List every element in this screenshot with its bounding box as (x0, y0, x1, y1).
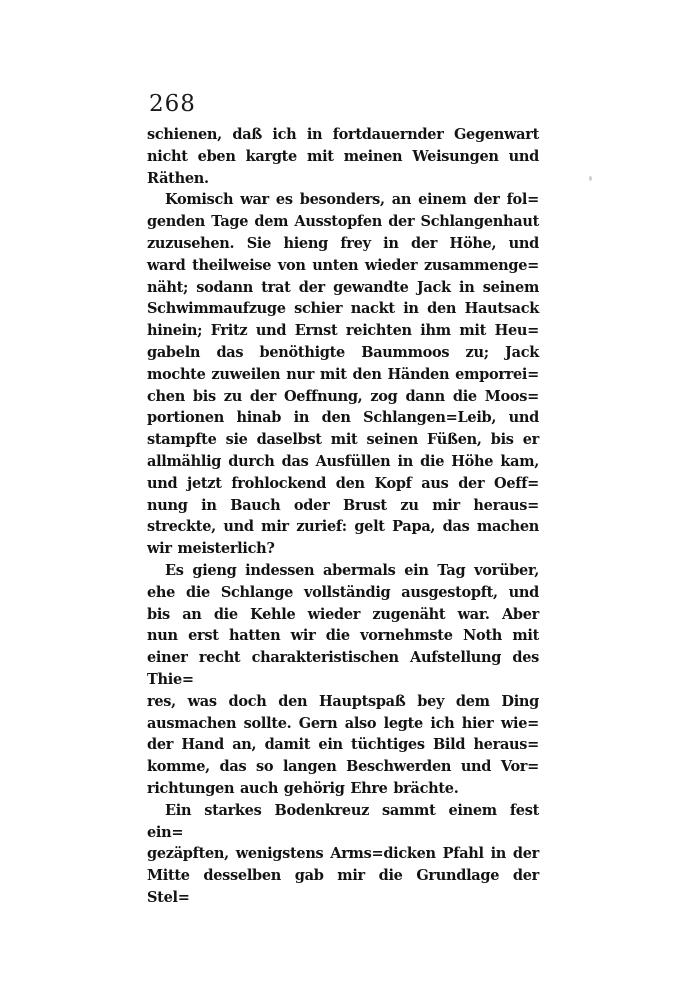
text-line: nicht eben kargte mit meinen Weisungen u… (147, 146, 539, 168)
text-line: näht; sodann trat der gewandte Jack in s… (147, 277, 539, 299)
text-line: bis an die Kehle wieder zugenäht war. Ab… (147, 604, 539, 626)
text-line: der Hand an, damit ein tüchtiges Bild he… (147, 734, 539, 756)
scanned-book-page: 268 schienen, daß ich in fortdauernder G… (0, 0, 681, 1000)
text-line: allmählig durch das Ausfüllen in die Höh… (147, 451, 539, 473)
text-line: Mitte desselben gab mir die Grundlage de… (147, 865, 539, 909)
text-line: ehe die Schlange vollständig ausgestopft… (147, 582, 539, 604)
text-line: streckte, und mir zurief: gelt Papa, das… (147, 516, 539, 538)
scan-artifact-speck (589, 176, 592, 181)
text-line: ward theilweise von unten wieder zusamme… (147, 255, 539, 277)
text-line: gabeln das benöthigte Baummoos zu; Jack (147, 342, 539, 364)
text-line: mochte zuweilen nur mit den Händen empor… (147, 364, 539, 386)
text-line: zuzusehen. Sie hieng frey in der Höhe, u… (147, 233, 539, 255)
text-line: Räthen. (147, 168, 539, 190)
text-line: genden Tage dem Ausstopfen der Schlangen… (147, 211, 539, 233)
text-line: nung in Bauch oder Brust zu mir heraus= (147, 495, 539, 517)
text-line: schienen, daß ich in fortdauernder Gegen… (147, 124, 539, 146)
text-line: nun erst hatten wir die vornehmste Noth … (147, 625, 539, 647)
text-line: und jetzt frohlockend den Kopf aus der O… (147, 473, 539, 495)
text-line: wir meisterlich? (147, 538, 539, 560)
text-line: richtungen auch gehörig Ehre brächte. (147, 778, 539, 800)
text-line: stampfte sie daselbst mit seinen Füßen, … (147, 429, 539, 451)
text-line: portionen hinab in den Schlangen=Leib, u… (147, 407, 539, 429)
text-line: Es gieng indessen abermals ein Tag vorüb… (147, 560, 539, 582)
text-line: chen bis zu der Oeffnung, zog dann die M… (147, 386, 539, 408)
text-line: res, was doch den Hauptspaß bey dem Ding (147, 691, 539, 713)
text-line: Ein starkes Bodenkreuz sammt einem fest … (147, 800, 539, 844)
text-block: schienen, daß ich in fortdauernder Gegen… (147, 124, 539, 909)
text-line: einer recht charakteristischen Aufstellu… (147, 647, 539, 691)
text-line: hinein; Fritz und Ernst reichten ihm mit… (147, 320, 539, 342)
text-line: gezäpften, wenigstens Arms=dicken Pfahl … (147, 843, 539, 865)
page-number: 268 (149, 91, 196, 117)
text-line: ausmachen sollte. Gern also legte ich hi… (147, 713, 539, 735)
text-line: Komisch war es besonders, an einem der f… (147, 189, 539, 211)
text-line: komme, das so langen Beschwerden und Vor… (147, 756, 539, 778)
text-line: Schwimmaufzuge schier nackt in den Hauts… (147, 298, 539, 320)
